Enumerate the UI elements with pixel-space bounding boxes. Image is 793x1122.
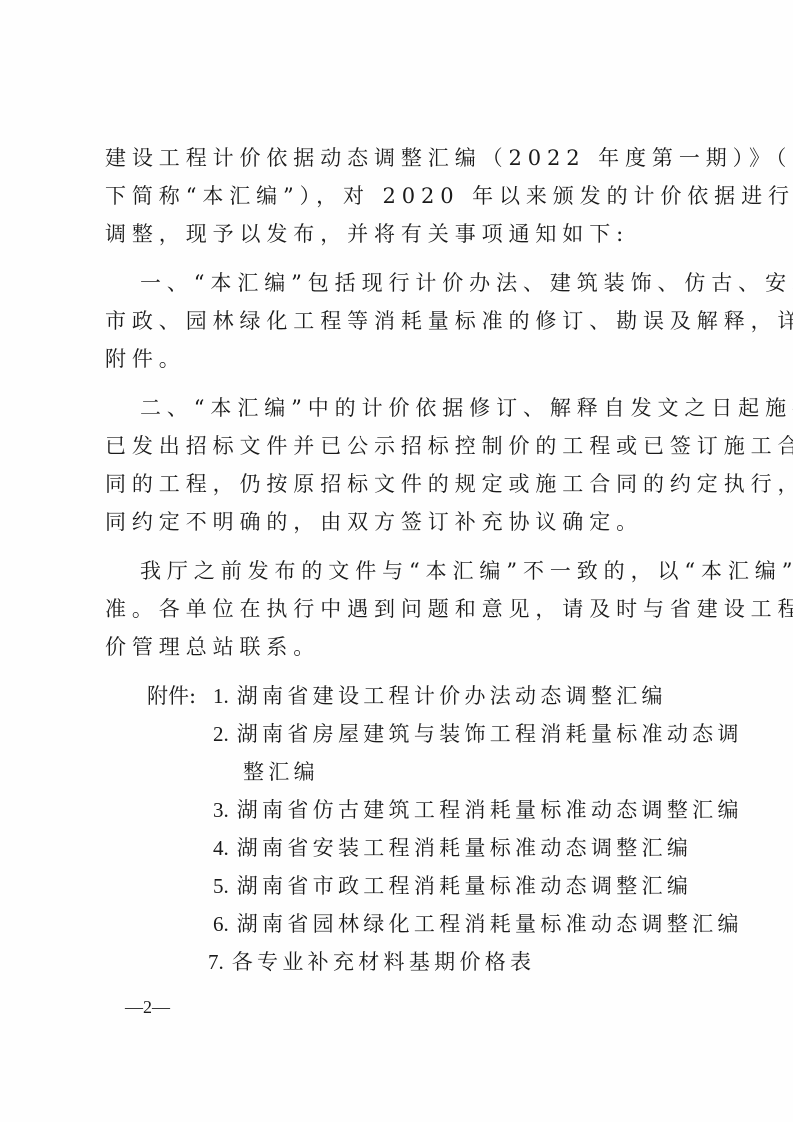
page-number: —2— — [125, 995, 170, 1019]
attachment-item-4: 4.湖南省安装工程消耗量标准动态调整汇编 — [213, 829, 692, 867]
section-two-line-4: 同约定不明确的，由双方签订补充协议确定。 — [105, 503, 690, 541]
body-line-3: 调整，现予以发布，并将有关事项通知如下: — [105, 215, 690, 253]
section-two-line-2: 已发出招标文件并已公示招标控制价的工程或已签订施工合 — [105, 427, 690, 465]
section-two-line-3: 同的工程，仍按原招标文件的规定或施工合同的约定执行，合 — [105, 465, 690, 503]
attachment-item-3: 3.湖南省仿古建筑工程消耗量标准动态调整汇编 — [213, 791, 743, 829]
attachment-title: 各专业补充材料基期价格表 — [232, 950, 536, 974]
attachment-item-6: 6.湖南省园林绿化工程消耗量标准动态调整汇编 — [213, 905, 743, 943]
attachment-item-2-continuation: 整汇编 — [243, 753, 319, 791]
attachment-number: 5. — [213, 867, 229, 905]
attachment-item-7: 7.各专业补充材料基期价格表 — [208, 943, 535, 981]
attachment-title: 湖南省仿古建筑工程消耗量标准动态调整汇编 — [237, 798, 743, 822]
attachment-number: 7. — [208, 943, 224, 981]
document-page: 建设工程计价依据动态调整汇编（2022 年度第一期）》（以 下简称“本汇编”），… — [0, 0, 793, 1122]
attachment-title: 湖南省房屋建筑与装饰工程消耗量标准动态调 — [237, 722, 743, 746]
attachment-item-1: 1.湖南省建设工程计价办法动态调整汇编 — [213, 677, 667, 715]
section-one-line-2: 市政、园林绿化工程等消耗量标准的修订、勘误及解释，详见 — [105, 302, 690, 340]
attachment-number: 2. — [213, 715, 229, 753]
section-one-line-1: 一、“本汇编”包括现行计价办法、建筑装饰、仿古、安装、 — [140, 264, 725, 302]
closing-line-3: 价管理总站联系。 — [105, 628, 690, 666]
attachment-item-2: 2.湖南省房屋建筑与装饰工程消耗量标准动态调 — [213, 715, 743, 753]
attachment-title: 湖南省园林绿化工程消耗量标准动态调整汇编 — [237, 912, 743, 936]
attachment-title: 湖南省建设工程计价办法动态调整汇编 — [237, 684, 667, 708]
closing-line-2: 准。各单位在执行中遇到问题和意见，请及时与省建设工程造 — [105, 590, 690, 628]
body-line-2: 下简称“本汇编”），对 2020 年以来颁发的计价依据进行动态 — [105, 177, 690, 215]
closing-line-1: 我厅之前发布的文件与“本汇编”不一致的，以“本汇编”为 — [140, 552, 725, 590]
attachment-title: 湖南省安装工程消耗量标准动态调整汇编 — [237, 836, 692, 860]
body-line-1: 建设工程计价依据动态调整汇编（2022 年度第一期）》（以 — [105, 139, 690, 177]
attachment-number: 3. — [213, 791, 229, 829]
attachment-number: 6. — [213, 905, 229, 943]
section-one-line-3: 附件。 — [105, 340, 690, 378]
attachment-item-5: 5.湖南省市政工程消耗量标准动态调整汇编 — [213, 867, 692, 905]
attachment-number: 1. — [213, 677, 229, 715]
attachments-label: 附件: — [147, 677, 196, 715]
section-two-line-1: 二、“本汇编”中的计价依据修订、解释自发文之日起施行。 — [140, 389, 725, 427]
attachment-number: 4. — [213, 829, 229, 867]
attachment-title: 湖南省市政工程消耗量标准动态调整汇编 — [237, 874, 692, 898]
